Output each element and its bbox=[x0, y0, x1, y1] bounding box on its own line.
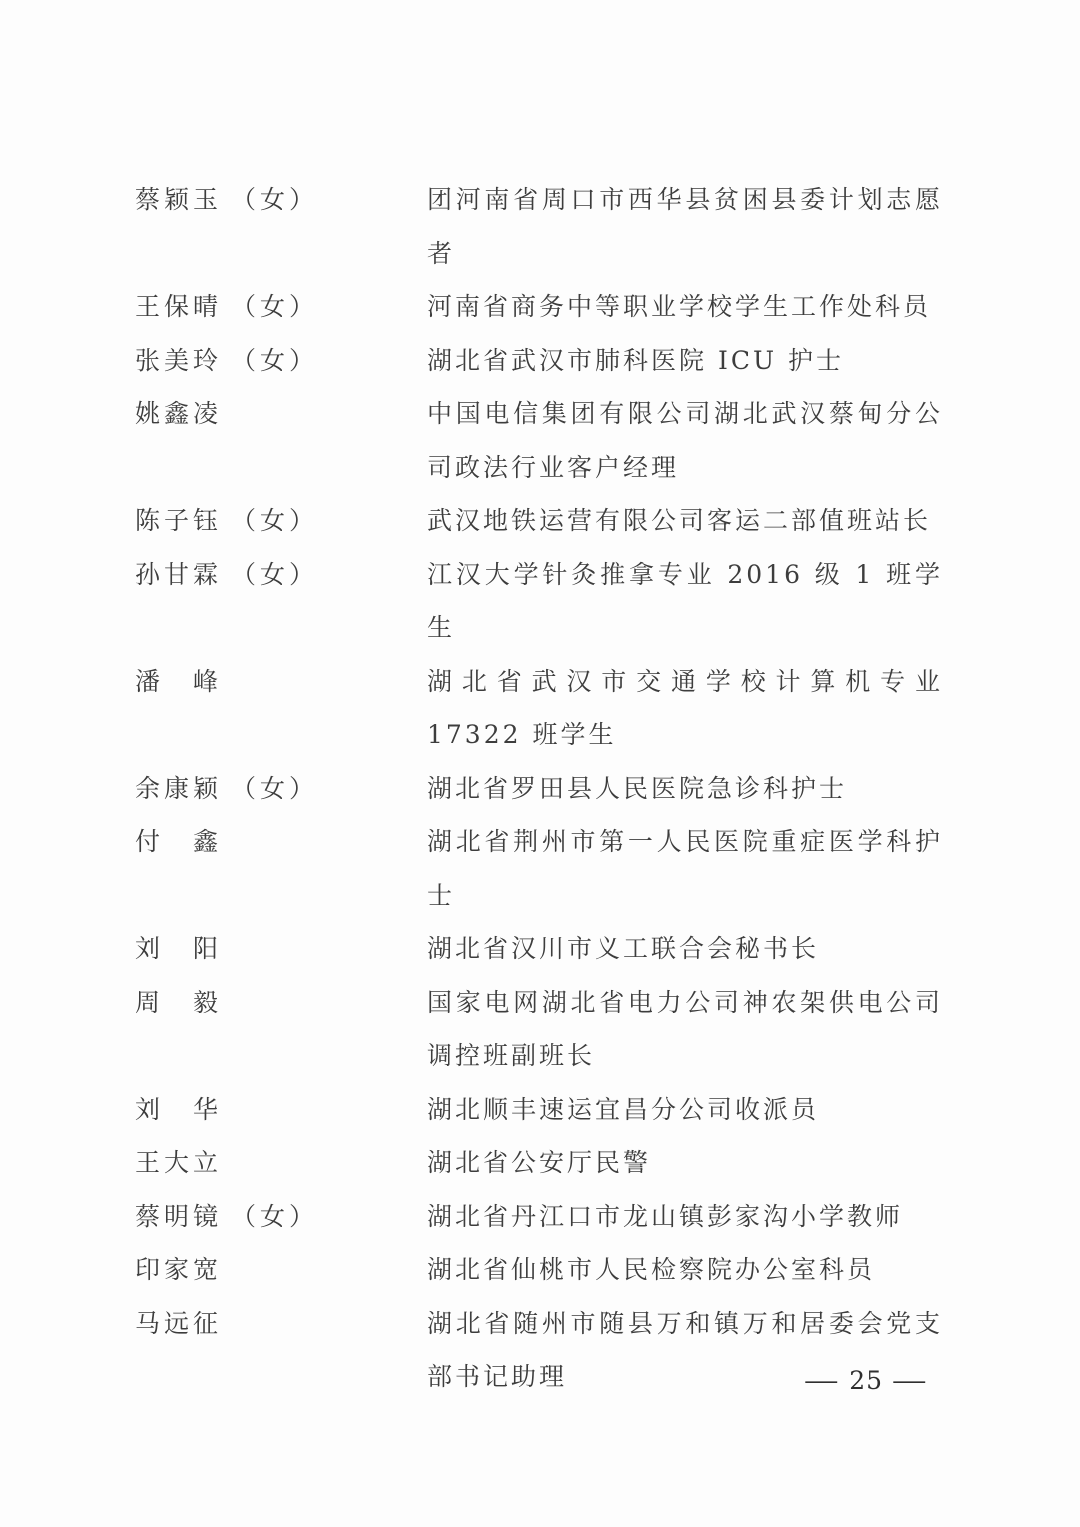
person-name-text: 马远征 bbox=[135, 1309, 222, 1338]
roster-entry: 余康颖（女） 湖北省罗田县人民医院急诊科护士 bbox=[135, 762, 943, 816]
person-name-text: 付 鑫 bbox=[135, 827, 222, 856]
person-name: 刘 阳 bbox=[135, 922, 427, 976]
person-name: 陈子钰（女） bbox=[135, 494, 427, 548]
person-name-text: 刘 华 bbox=[135, 1095, 222, 1124]
person-name: 马远征 bbox=[135, 1297, 427, 1351]
roster-entry: 刘 华 湖北顺丰速运宜昌分公司收派员 bbox=[135, 1083, 943, 1137]
gender-label: （女） bbox=[231, 185, 318, 214]
person-affiliation: 河南省商务中等职业学校学生工作处科员 bbox=[427, 280, 943, 334]
person-affiliation: 湖北省武汉市交通学校计算机专业 17322 班学生 bbox=[427, 655, 943, 762]
gender-label: （女） bbox=[231, 774, 318, 803]
person-name: 王保晴（女） bbox=[135, 280, 427, 334]
roster-entry: 刘 阳 湖北省汉川市义工联合会秘书长 bbox=[135, 922, 943, 976]
person-affiliation: 湖北顺丰速运宜昌分公司收派员 bbox=[427, 1083, 943, 1137]
roster-entry: 印家宽 湖北省仙桃市人民检察院办公室科员 bbox=[135, 1243, 943, 1297]
person-name: 潘 峰 bbox=[135, 655, 427, 709]
roster-entry: 潘 峰 湖北省武汉市交通学校计算机专业 17322 班学生 bbox=[135, 655, 943, 762]
person-name: 姚鑫凌 bbox=[135, 387, 427, 441]
person-name: 孙甘霖（女） bbox=[135, 548, 427, 602]
person-name-text: 周 毅 bbox=[135, 988, 222, 1017]
person-name: 蔡明镜（女） bbox=[135, 1190, 427, 1244]
person-affiliation: 湖北省荆州市第一人民医院重症医学科护士 bbox=[427, 815, 943, 922]
person-affiliation: 湖北省丹江口市龙山镇彭家沟小学教师 bbox=[427, 1190, 943, 1244]
person-affiliation: 国家电网湖北省电力公司神农架供电公司调控班副班长 bbox=[427, 976, 943, 1083]
person-name: 付 鑫 bbox=[135, 815, 427, 869]
roster-entry: 孙甘霖（女） 江汉大学针灸推拿专业 2016 级 1 班学生 bbox=[135, 548, 943, 655]
person-name-text: 王大立 bbox=[135, 1148, 222, 1177]
person-name-text: 蔡颖玉 bbox=[135, 185, 222, 214]
person-affiliation: 团河南省周口市西华县贫困县委计划志愿者 bbox=[427, 173, 943, 280]
gender-label: （女） bbox=[231, 346, 318, 375]
person-name-text: 孙甘霖 bbox=[135, 560, 222, 589]
person-name: 张美玲（女） bbox=[135, 334, 427, 388]
roster-entry: 付 鑫 湖北省荆州市第一人民医院重症医学科护士 bbox=[135, 815, 943, 922]
roster-entry: 陈子钰（女） 武汉地铁运营有限公司客运二部值班站长 bbox=[135, 494, 943, 548]
person-name: 周 毅 bbox=[135, 976, 427, 1030]
person-affiliation: 湖北省罗田县人民医院急诊科护士 bbox=[427, 762, 943, 816]
person-name: 刘 华 bbox=[135, 1083, 427, 1137]
gender-label: （女） bbox=[231, 560, 318, 589]
page-number: 25 bbox=[849, 1366, 883, 1395]
roster-entry: 王保晴（女） 河南省商务中等职业学校学生工作处科员 bbox=[135, 280, 943, 334]
person-name-text: 余康颖 bbox=[135, 774, 222, 803]
person-affiliation: 湖北省仙桃市人民检察院办公室科员 bbox=[427, 1243, 943, 1297]
person-name-text: 潘 峰 bbox=[135, 667, 222, 696]
roster-entry: 蔡颖玉（女） 团河南省周口市西华县贫困县委计划志愿者 bbox=[135, 173, 943, 280]
footer-dash-right: — bbox=[892, 1366, 928, 1395]
person-affiliation: 武汉地铁运营有限公司客运二部值班站长 bbox=[427, 494, 943, 548]
roster-entry: 张美玲（女） 湖北省武汉市肺科医院 ICU 护士 bbox=[135, 334, 943, 388]
person-affiliation: 中国电信集团有限公司湖北武汉蔡甸分公司政法行业客户经理 bbox=[427, 387, 943, 494]
person-name-text: 印家宽 bbox=[135, 1255, 222, 1284]
person-name-text: 陈子钰 bbox=[135, 506, 222, 535]
person-name: 蔡颖玉（女） bbox=[135, 173, 427, 227]
roster-entry: 蔡明镜（女） 湖北省丹江口市龙山镇彭家沟小学教师 bbox=[135, 1190, 943, 1244]
gender-label: （女） bbox=[231, 506, 318, 535]
person-name-text: 姚鑫凌 bbox=[135, 399, 222, 428]
roster-entry: 姚鑫凌 中国电信集团有限公司湖北武汉蔡甸分公司政法行业客户经理 bbox=[135, 387, 943, 494]
person-name: 印家宽 bbox=[135, 1243, 427, 1297]
person-affiliation: 湖北省武汉市肺科医院 ICU 护士 bbox=[427, 334, 943, 388]
person-name-text: 刘 阳 bbox=[135, 934, 222, 963]
page-footer: —25— bbox=[795, 1366, 937, 1395]
document-page: 蔡颖玉（女） 团河南省周口市西华县贫困县委计划志愿者 王保晴（女） 河南省商务中… bbox=[0, 0, 1080, 1527]
person-name-text: 王保晴 bbox=[135, 292, 222, 321]
footer-dash-left: — bbox=[804, 1366, 840, 1395]
roster-entry: 王大立 湖北省公安厅民警 bbox=[135, 1136, 943, 1190]
person-affiliation: 湖北省公安厅民警 bbox=[427, 1136, 943, 1190]
person-name: 余康颖（女） bbox=[135, 762, 427, 816]
person-name: 王大立 bbox=[135, 1136, 427, 1190]
roster-entry: 周 毅 国家电网湖北省电力公司神农架供电公司调控班副班长 bbox=[135, 976, 943, 1083]
person-name-text: 张美玲 bbox=[135, 346, 222, 375]
gender-label: （女） bbox=[231, 292, 318, 321]
person-affiliation: 湖北省汉川市义工联合会秘书长 bbox=[427, 922, 943, 976]
roster: 蔡颖玉（女） 团河南省周口市西华县贫困县委计划志愿者 王保晴（女） 河南省商务中… bbox=[135, 173, 943, 1404]
gender-label: （女） bbox=[231, 1202, 318, 1231]
person-name-text: 蔡明镜 bbox=[135, 1202, 222, 1231]
person-affiliation: 江汉大学针灸推拿专业 2016 级 1 班学生 bbox=[427, 548, 943, 655]
